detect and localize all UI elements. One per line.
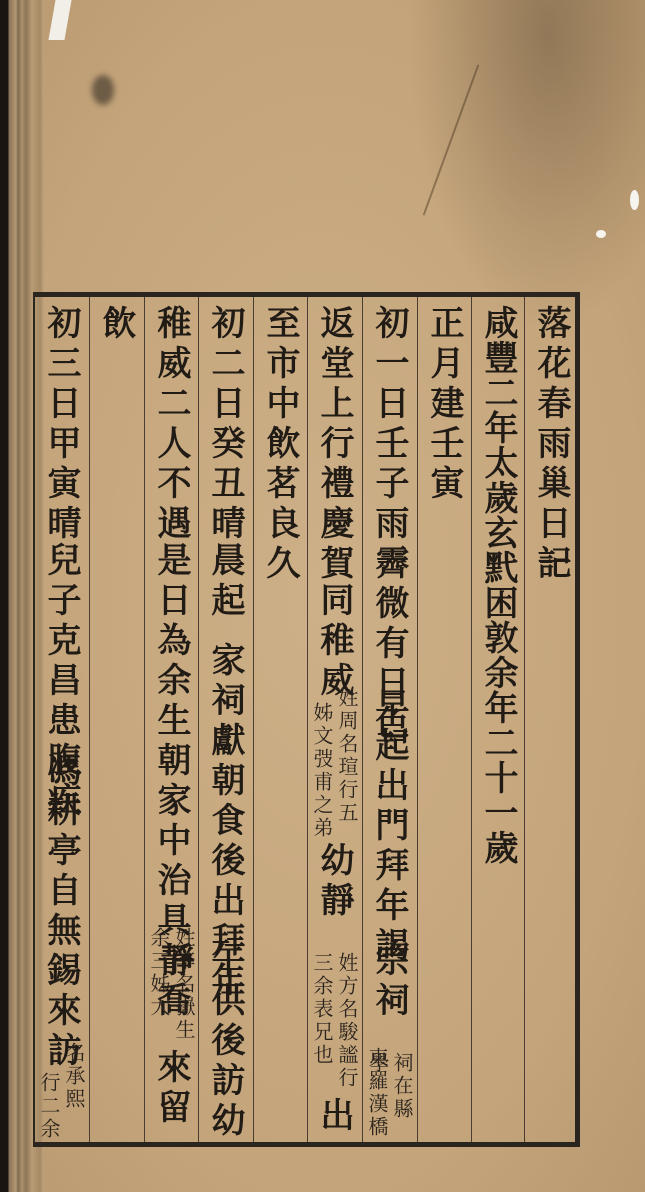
column-year: 咸豐二年太歲玄黓困敦余年二十一歲 [471,297,523,1142]
entry-date-day1: 初一日壬子雨霽微有日色 [363,305,414,745]
entry-text: 宗祠 [363,942,414,1022]
volume-number: 一 [525,545,576,585]
worm-hole [630,190,639,210]
entry-text: 午供後訪幼靜 [199,942,250,1142]
column-day1a: 初一日壬子雨霽微有日色 早起出門拜年謁 宗祠 祠在縣學 東羅漢橋 [362,297,414,1142]
year-heading: 咸豐二年太歲玄黓困敦余年二十一歲 [472,305,523,865]
column-title: 落花春雨巢日記 一 [524,297,576,1142]
diary-title: 落花春雨巢日記 [525,305,576,585]
column-month: 正月建壬寅 [417,297,469,1142]
paper-tear [48,0,71,40]
paper-crease [423,64,480,215]
column-day1b: 返堂上行禮慶賀 同稚威 姓周名瑄行五 姊文弢甫之弟 幼靜 姓方名駿謐行 三余表兄… [307,297,359,1142]
entry-text: 返堂上行禮慶賀 [308,305,359,585]
entry-text: 出 [308,1097,359,1137]
annotation-note: 東羅漢橋 [365,1047,389,1139]
ink-stain [92,75,114,105]
entry-text: 同稚威 [308,582,359,702]
column-day2b: 稚威二人不遇 是日為余生朝家中治具子喬 姓李名嶽生 余三姊大 來留 [144,297,196,1142]
entry-text: 馮耕亭自無錫來訪 [35,752,86,1072]
annotation-note: 祠在縣學 [390,1052,414,1142]
month-heading: 正月建壬寅 [418,305,469,505]
entry-date-day2: 初二日癸丑晴 [199,305,250,545]
entry-text: 晨起 [199,542,250,622]
entry-text: 早起出門拜年謁 [363,687,414,967]
annotation-note: 三余表兄也 [310,952,334,1067]
entry-text: 來留 [145,1049,196,1129]
worm-hole [596,230,606,238]
annotation-note: 姓周名瑄行五 [335,687,359,825]
entry-text: 飲 [90,305,141,345]
annotation-note: 行二余 [37,1072,61,1141]
annotation-note: 名承熙 [62,1042,86,1111]
entry-text: 至市中飲茗良久 [254,305,305,585]
column-day1c: 至市中飲茗良久 [253,297,305,1142]
annotation-note: 姓方名駿謐行 [335,952,359,1090]
column-day3: 初三日甲寅晴 兒子克昌患腹疾 馮耕亭自無錫來訪 名承熙 行二余 [35,297,86,1142]
column-day2a: 初二日癸丑晴 晨起 家祠獻朝食後出拜年 午供後訪幼靜 [198,297,250,1142]
annotation-note: 姊文弢甫之弟 [310,702,334,840]
column-day2c: 飲 [89,297,141,1142]
entry-date-day3: 初三日甲寅晴 [35,305,86,545]
entry-text: 稚威二人不遇 [145,305,196,545]
text-frame: 初三日甲寅晴 兒子克昌患腹疾 馮耕亭自無錫來訪 名承熙 行二余 飲 稚威二人不遇… [33,292,580,1147]
manuscript-page: 初三日甲寅晴 兒子克昌患腹疾 馮耕亭自無錫來訪 名承熙 行二余 飲 稚威二人不遇… [0,0,645,1192]
entry-text: 幼靜 [308,842,359,922]
